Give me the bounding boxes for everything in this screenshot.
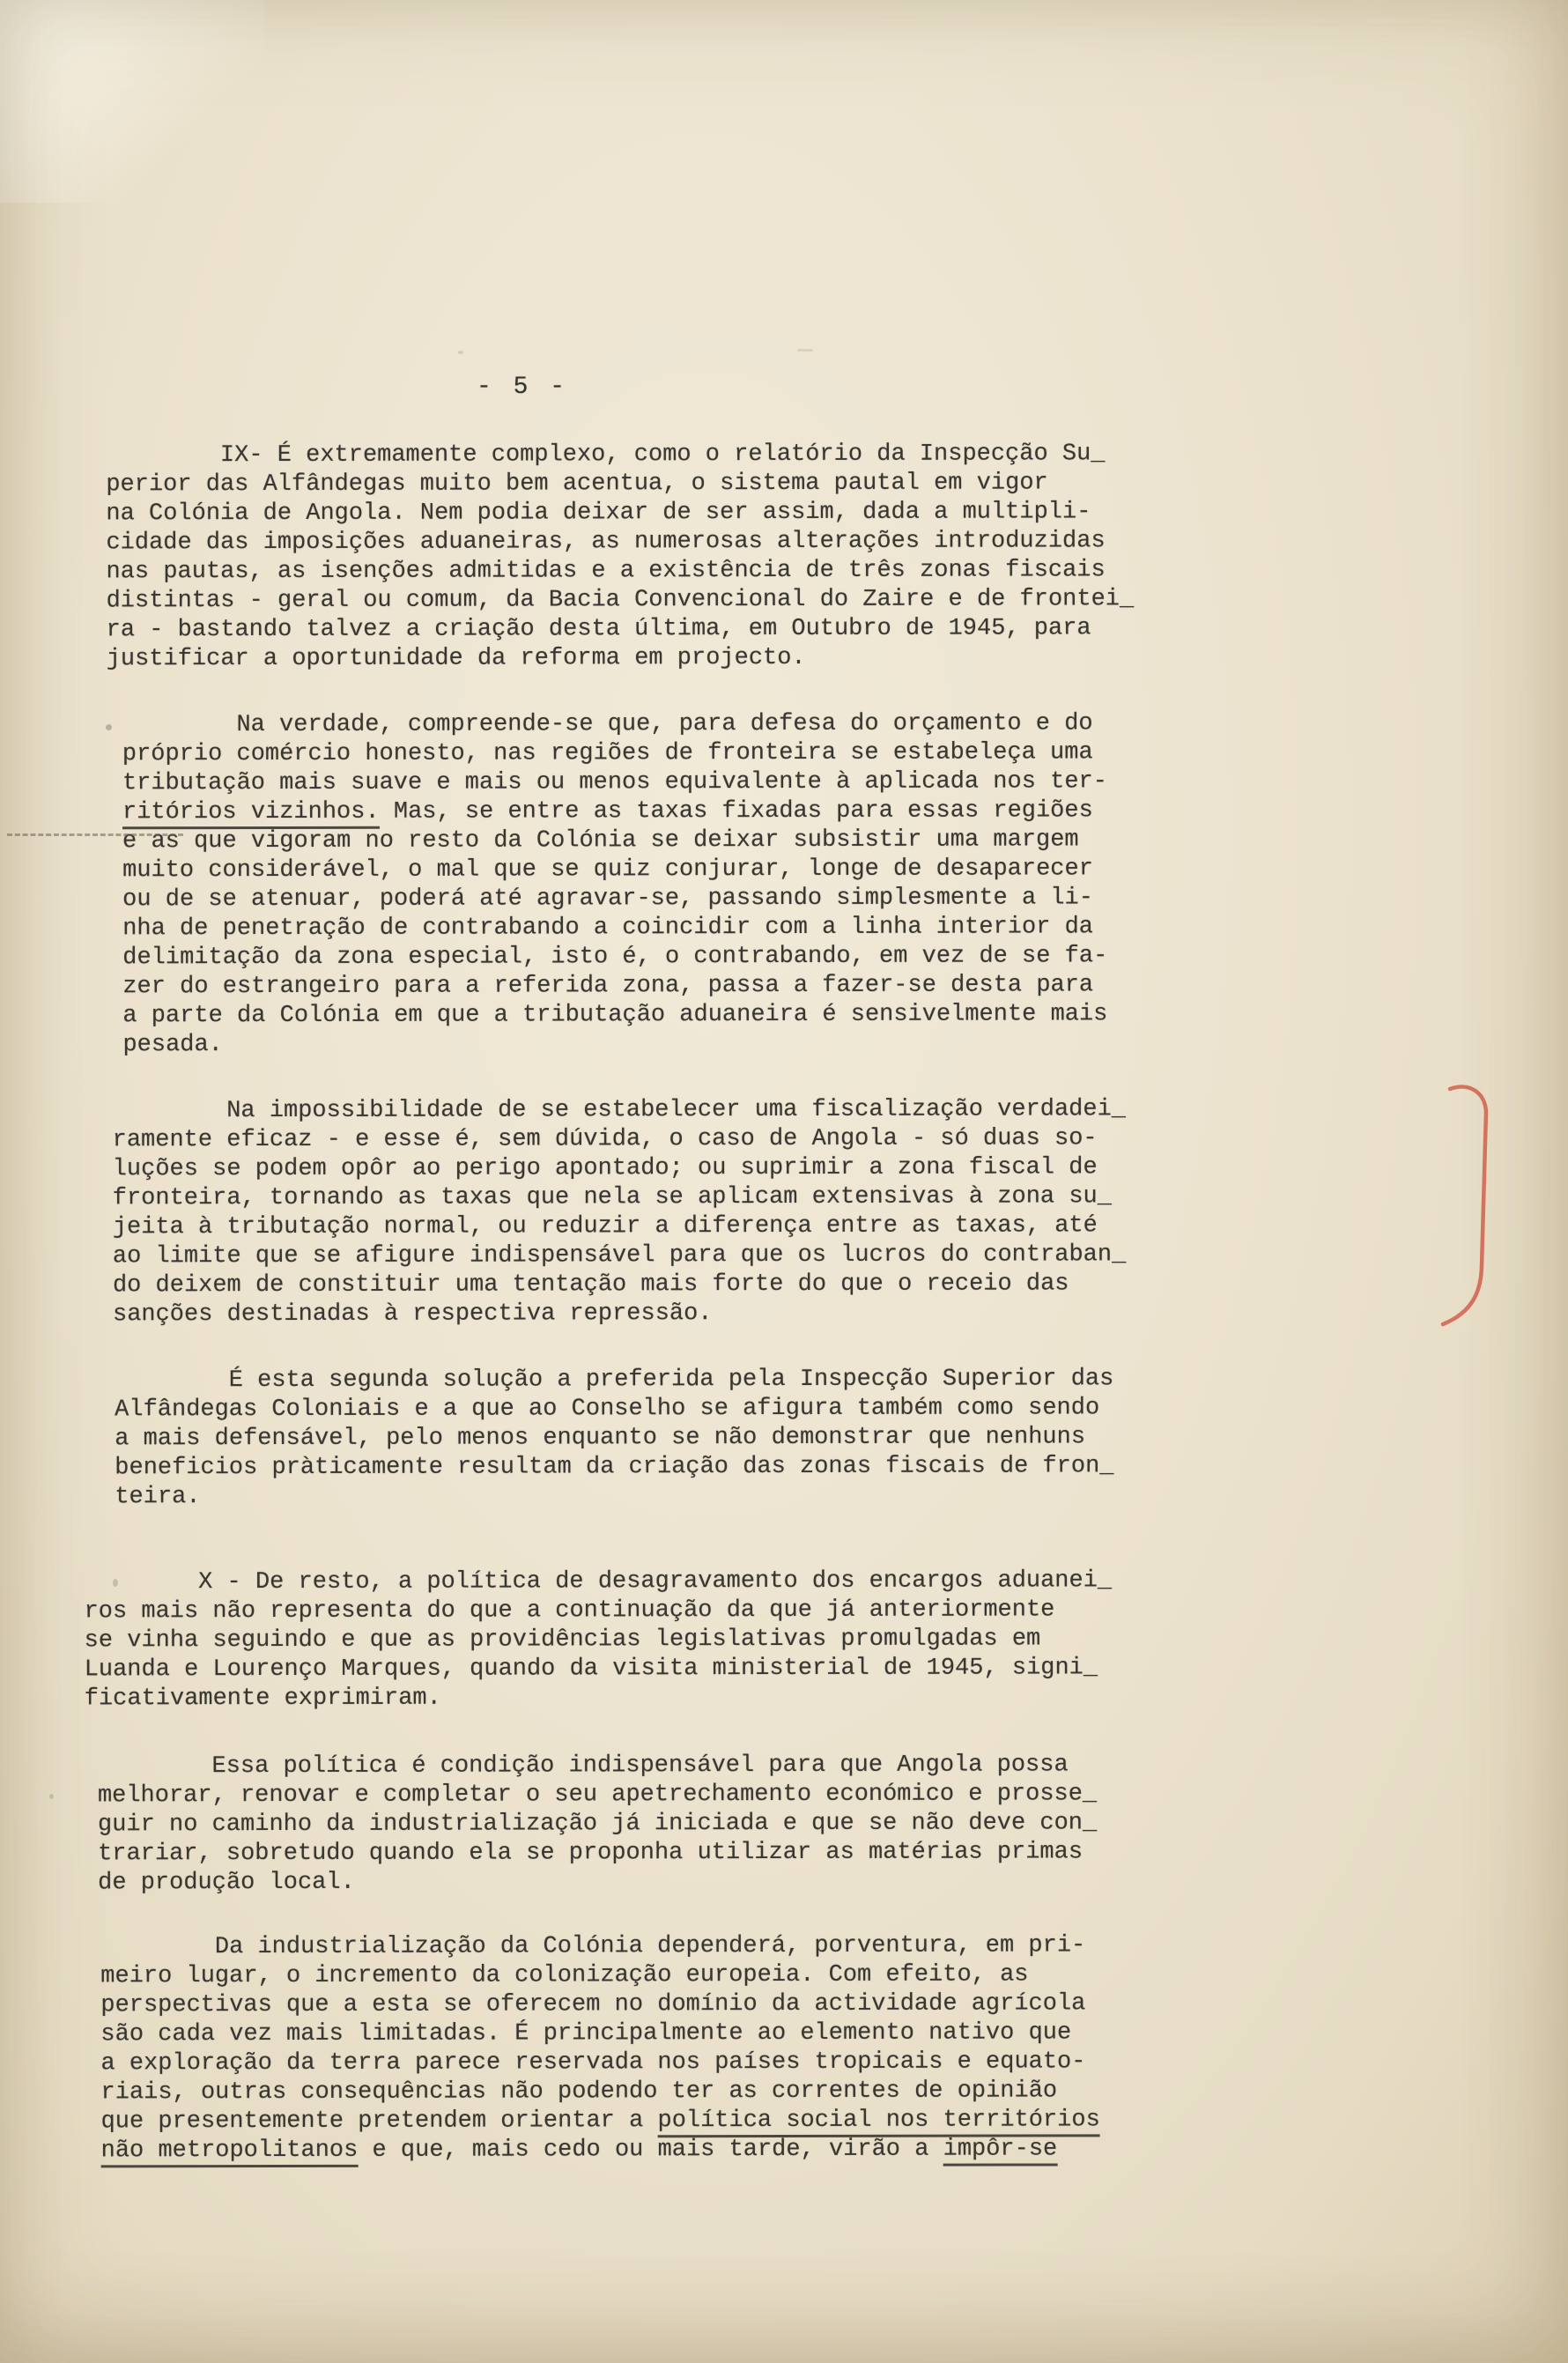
text-line: Na verdade, compreende-se que, para defe… — [122, 708, 1567, 740]
text-line: de produção local. — [98, 1866, 1568, 1898]
ink-smudge — [458, 351, 463, 354]
typewritten-text: IX- É extremamente complexo, como o rela… — [0, 439, 1568, 2203]
paragraph-na-verdade: Na verdade, compreende-se que, para defe… — [122, 708, 1568, 1060]
text-line: ros mais não representa do que a continu… — [85, 1595, 1568, 1626]
text-line: não metropolitanos e que, mais cedo ou m… — [101, 2134, 1568, 2166]
text-line: ou de se atenuar, poderá até agravar-se,… — [122, 883, 1567, 915]
text-line: a mais defensável, pelo menos enquanto s… — [115, 1422, 1568, 1454]
text-line: próprio comércio honesto, nas regiões de… — [122, 737, 1567, 769]
text-line: tributação mais suave e mais ou menos eq… — [122, 767, 1567, 798]
text-line: cidade das imposições aduaneiras, as num… — [106, 526, 1566, 558]
text-line: ra - bastando talvez a criação desta últ… — [107, 613, 1567, 645]
text-line: Na impossibilidade de se estabelecer uma… — [113, 1094, 1568, 1126]
text-line: na Colónia de Angola. Nem podia deixar d… — [106, 497, 1566, 529]
underlined-text: não metropolitanos — [101, 2137, 359, 2168]
page-corner-fold — [0, 0, 264, 203]
text-line: teira. — [115, 1480, 1568, 1512]
text-line: trariar, sobretudo quando ela se proponh… — [98, 1837, 1568, 1869]
text-line: Da industrialização da Colónia dependerá… — [100, 1930, 1568, 1962]
underlined-text: política social nos territórios — [657, 2107, 1099, 2137]
text-line: perspectivas que a esta se oferecem no d… — [100, 1989, 1568, 2020]
text-line: ritórios vizinhos. Mas, se entre as taxa… — [122, 796, 1567, 827]
text-line: luções se podem opôr ao perigo apontado;… — [113, 1152, 1568, 1184]
paragraph-essa-politica: Essa política é condição indispensável p… — [98, 1750, 1568, 1898]
text-line: delimitação da zona especial, isto é, o … — [122, 941, 1567, 973]
page-number: - 5 - — [474, 374, 571, 401]
paragraph-x: X - De resto, a política de desagravamen… — [84, 1566, 1568, 1714]
text-segment: Mas, se entre as taxas fixadas para essa… — [380, 797, 1093, 825]
document-page: - 5 - IX- É extremamente complexo, como … — [0, 0, 1568, 2363]
text-line: nha de penetração de contrabando a coinc… — [122, 912, 1567, 944]
text-line: IX- É extremamente complexo, como o rela… — [106, 439, 1566, 470]
text-line: ramente eficaz - e esse é, sem dúvida, o… — [113, 1123, 1568, 1155]
text-line: que presentemente pretendem orientar a p… — [101, 2105, 1568, 2137]
text-line: sanções destinadas à respectiva repressã… — [113, 1298, 1568, 1330]
text-line: são cada vez mais limitadas. É principal… — [100, 2018, 1568, 2049]
text-line: se vinha seguindo e que as providências … — [85, 1624, 1568, 1656]
text-line: ficativamente exprimiram. — [85, 1682, 1568, 1714]
text-line: melhorar, renovar e completar o seu apet… — [98, 1779, 1568, 1811]
text-line: guir no caminho da industrialização já i… — [98, 1808, 1568, 1840]
paragraph-da-industrializacao: Da industrialização da Colónia dependerá… — [100, 1930, 1568, 2166]
underlined-text: ritórios vizinhos. — [122, 799, 380, 830]
text-segment: e que, mais cedo ou mais tarde, virão a — [358, 2137, 943, 2164]
text-line: a parte da Colónia em que a tributação a… — [122, 999, 1567, 1031]
text-line: meiro lugar, o incremento da colonização… — [100, 1959, 1568, 1991]
text-line: riais, outras consequências não podendo … — [100, 2076, 1568, 2107]
text-line: perior das Alfândegas muito bem acentua,… — [106, 468, 1566, 500]
text-line: fronteira, tornando as taxas que nela se… — [113, 1181, 1568, 1213]
text-line: Essa política é condição indispensável p… — [98, 1750, 1568, 1782]
text-line: muito considerável, o mal que se quiz co… — [122, 854, 1567, 885]
text-line: jeita à tributação normal, ou reduzir a … — [113, 1211, 1568, 1242]
ink-smudge — [797, 349, 813, 352]
paragraph-ix: IX- É extremamente complexo, como o rela… — [106, 439, 1566, 674]
paragraph-na-impossibilidade: Na impossibilidade de se estabelecer uma… — [113, 1094, 1568, 1330]
underlined-text: impôr-se — [943, 2136, 1058, 2166]
text-line: zer do estrangeiro para a referida zona,… — [122, 970, 1567, 1002]
text-line: Luanda e Lourenço Marques, quando da vis… — [85, 1653, 1568, 1685]
text-line: X - De resto, a política de desagravamen… — [84, 1566, 1568, 1597]
text-line: pesada. — [122, 1028, 1567, 1060]
paragraph-segunda-solucao: É esta segunda solução a preferida pela … — [115, 1364, 1568, 1512]
text-line: do deixem de constituir uma tentação mai… — [113, 1269, 1568, 1300]
text-line: ao limite que se afigure indispensável p… — [113, 1240, 1568, 1271]
text-line: justificar a oportunidade da reforma em … — [107, 642, 1567, 674]
text-line: nas pautas, as isenções admitidas e a ex… — [106, 555, 1566, 587]
text-line: a exploração da terra parece reservada n… — [100, 2047, 1568, 2078]
text-line: distintas - geral ou comum, da Bacia Con… — [107, 584, 1567, 616]
text-line: Alfândegas Coloniais e a que ao Conselho… — [115, 1393, 1568, 1425]
text-line: É esta segunda solução a preferida pela … — [115, 1364, 1568, 1396]
text-segment: que presentemente pretendem orientar a — [101, 2107, 658, 2135]
text-line: e as que vigoram no resto da Colónia se … — [122, 825, 1567, 856]
text-line: beneficios pràticamente resultam da cria… — [115, 1451, 1568, 1483]
